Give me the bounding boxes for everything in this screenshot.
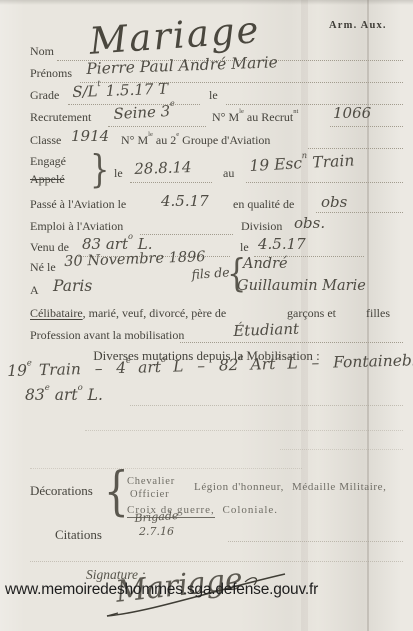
citation-note-brigade: Brigade <box>134 509 179 525</box>
dotted-line <box>30 466 302 469</box>
dotted-line <box>30 559 403 562</box>
citations-label: Citations <box>55 527 102 543</box>
recrutement-matricule-label: N° Mle au Recrutnt <box>212 110 298 125</box>
decorations-label: Décorations <box>30 483 93 499</box>
dotted-line <box>85 428 403 431</box>
grade-value: S/Lt 1.5.17 T <box>72 80 168 101</box>
passe-aviation-label: Passé à l'Aviation le <box>30 197 126 212</box>
appele-label-struck: Appelé <box>30 172 65 187</box>
division-label: Division <box>241 219 282 234</box>
engage-au-label: au <box>223 166 234 181</box>
mutations-line-2: 83e arto L. <box>25 386 103 404</box>
profession-label: Profession avant la mobilisation <box>30 328 184 343</box>
engage-brace: } <box>90 150 109 188</box>
decorations-officier: Officier <box>130 489 169 500</box>
grade-le-label: le <box>209 88 218 103</box>
engage-date: 28.8.14 <box>134 158 192 178</box>
division-value: obs. <box>294 214 325 232</box>
classe-value: 1914 <box>71 127 109 145</box>
etat-civil-options: , marié, veuf, divorcé, père de <box>83 306 227 320</box>
archive-watermark: www.memoiredeshommes.sga.defense.gouv.fr <box>5 581 318 599</box>
dotted-line <box>180 340 403 343</box>
prenoms-label: Prénoms <box>30 66 72 81</box>
garcons-label: garçons et <box>287 306 336 321</box>
lieu-naissance-value: Paris <box>53 277 92 295</box>
engage-unit: 19 Escn Train <box>249 152 355 175</box>
dotted-line <box>108 124 206 127</box>
corner-label: Arm. Aux. <box>329 20 387 31</box>
recrutement-value: Seine 3e <box>113 102 176 123</box>
qualite-value: obs <box>321 193 347 211</box>
venu-de-label: Venu de <box>30 240 69 255</box>
emploi-aviation-label: Emploi à l'Aviation <box>30 219 123 234</box>
dotted-line <box>228 539 403 542</box>
dotted-line <box>226 102 403 105</box>
dotted-line <box>130 403 403 406</box>
dotted-line <box>280 447 403 450</box>
passe-aviation-date: 4.5.17 <box>161 192 209 210</box>
etat-civil-line: Célibataire, marié, veuf, divorcé, père … <box>30 306 226 321</box>
decorations-brace: { <box>104 466 129 518</box>
celibataire-option: Célibataire <box>30 306 83 320</box>
venu-de-date: 4.5.17 <box>258 235 306 253</box>
dotted-line <box>308 146 403 149</box>
ne-le-label: Né le <box>30 260 56 275</box>
dotted-line <box>330 124 403 127</box>
fils-de-label: fils de <box>191 264 230 282</box>
a-label: A <box>30 283 39 298</box>
profession-value: Étudiant <box>233 320 299 340</box>
engage-le-label: le <box>114 166 123 181</box>
decorations-legion-honneur: Légion d'honneur, <box>194 481 284 493</box>
coloniale-label: Coloniale. <box>223 504 279 516</box>
dotted-line <box>140 232 233 235</box>
scan-edge-shading <box>0 0 413 5</box>
military-record-card: Arm. Aux. Nom Mariage Prénoms Pierre Pau… <box>0 0 413 631</box>
citation-note-date: 2.7.16 <box>139 525 174 538</box>
engage-label: Engagé <box>30 154 66 169</box>
dotted-line <box>130 180 212 183</box>
decorations-chevalier: Chevalier <box>127 476 175 487</box>
filles-label: filles <box>366 306 390 321</box>
recrutement-label: Recrutement <box>30 110 91 125</box>
mere-value: Guillaumin Marie <box>237 278 366 294</box>
pere-value: André <box>243 256 288 272</box>
recrutement-matricule-value: 1066 <box>333 104 371 122</box>
nom-label: Nom <box>30 44 54 59</box>
classe-matricule-label: N° Mle au 2e Groupe d'Aviation <box>121 133 270 148</box>
decorations-medaille-militaire: Médaille Militaire, <box>292 481 387 493</box>
classe-label: Classe <box>30 133 61 148</box>
dotted-line <box>246 180 403 183</box>
qualite-label: en qualité de <box>233 197 294 212</box>
dotted-line <box>316 210 403 213</box>
grade-label: Grade <box>30 88 59 103</box>
